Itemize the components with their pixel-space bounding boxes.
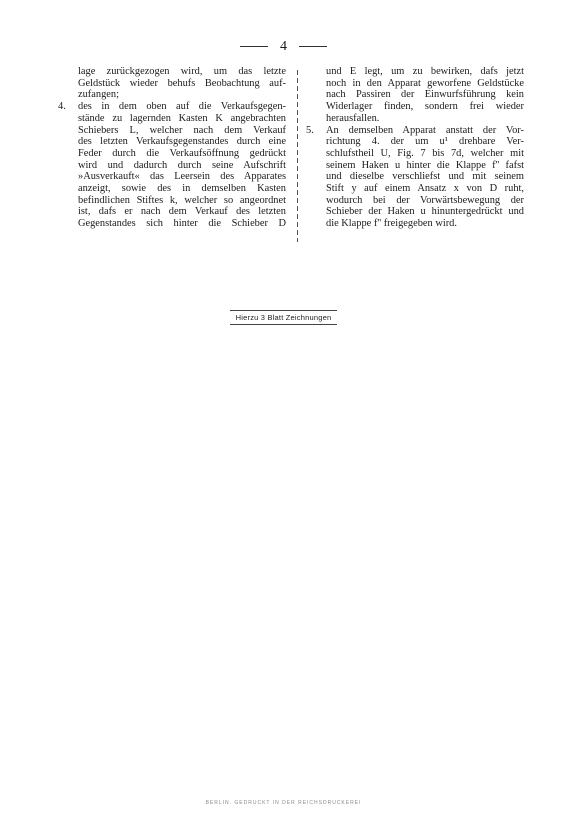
text-line: schlufstheil U, Fig. 7 bis 7d, welcher m… [326, 148, 524, 160]
text-line: anzeigt, sowie des in demselben Kasten [78, 183, 286, 195]
text-line: zufangen; [78, 89, 286, 101]
text-line: wodurch bei der Vorwärtsbewegung der [326, 195, 524, 207]
text-line: noch in den Apparat geworfene Geldstücke [326, 78, 524, 90]
text-line: befindlichen Stiftes k, welcher so angeo… [78, 195, 286, 207]
drawings-note: Hierzu 3 Blatt Zeichnungen [0, 307, 567, 325]
text-line: ist, dafs er nach dem Verkauf des letzte… [78, 206, 286, 218]
page-number: 4 [0, 38, 567, 56]
text-line: Schiebers L, welcher nach dem Verkauf [78, 125, 286, 137]
text-line: An demselben Apparat anstatt der Vor- [326, 125, 524, 137]
text-line: »Ausverkauft« das Leersein des Apparates [78, 171, 286, 183]
right-column: und E legt, um zu bewirken, dafs jetzt n… [306, 66, 524, 230]
text-line: Schieber der Haken u hinuntergedrückt un… [326, 206, 524, 218]
page-number-text: 4 [280, 39, 287, 54]
text-line: des in dem oben auf die Verkaufsgegen- [78, 101, 286, 113]
printer-imprint: BERLIN. GEDRUCKT IN DER REICHSDRUCKEREI [0, 800, 567, 806]
text-line: Gegenstandes sich hinter die Schieber D [78, 218, 286, 230]
text-line: stände zu lagernden Kasten K angebrachte… [78, 113, 286, 125]
drawings-note-text: Hierzu 3 Blatt Zeichnungen [230, 310, 338, 325]
claim-3-continuation: lage zurückgezogen wird, um das letzte G… [58, 66, 286, 101]
text-line: herausfallen. [326, 113, 524, 125]
text-line: richtung 4. der um u¹ drehbare Ver- [326, 136, 524, 148]
column-divider [297, 70, 298, 242]
text-line: Stift y auf einem Ansatz x von D ruht, [326, 183, 524, 195]
text-line: Feder durch die Verkaufsöffnung gedrückt [78, 148, 286, 160]
text-line: nach Passiren der Einwurfsführung kein [326, 89, 524, 101]
claim-5: 5. An demselben Apparat anstatt der Vor-… [306, 125, 524, 230]
text-line: wird und dadurch durch seine Aufschrift [78, 160, 286, 172]
text-line: seinem Haken u hinter die Klappe f'' faf… [326, 160, 524, 172]
text-line: und E legt, um zu bewirken, dafs jetzt [326, 66, 524, 78]
claim-4: 4. des in dem oben auf die Verkaufsgegen… [58, 101, 286, 230]
text-line: lage zurückgezogen wird, um das letzte [78, 66, 286, 78]
claim-number: 5. [306, 125, 314, 137]
page-number-rule-left [240, 46, 268, 47]
text-line: die Klappe f'' freigegeben wird. [326, 218, 524, 230]
text-line: und dieselbe verschliefst und mit seinem [326, 171, 524, 183]
text-line: Geldstück wieder behufs Beobachtung auf- [78, 78, 286, 90]
text-line: des letzten Verkaufsgegenstandes durch e… [78, 136, 286, 148]
text-line: Widerlager finden, sondern frei wieder [326, 101, 524, 113]
claim-number: 4. [58, 101, 66, 113]
page-number-rule-right [299, 46, 327, 47]
left-column: lage zurückgezogen wird, um das letzte G… [58, 66, 286, 230]
claim-4-continuation: und E legt, um zu bewirken, dafs jetzt n… [306, 66, 524, 125]
